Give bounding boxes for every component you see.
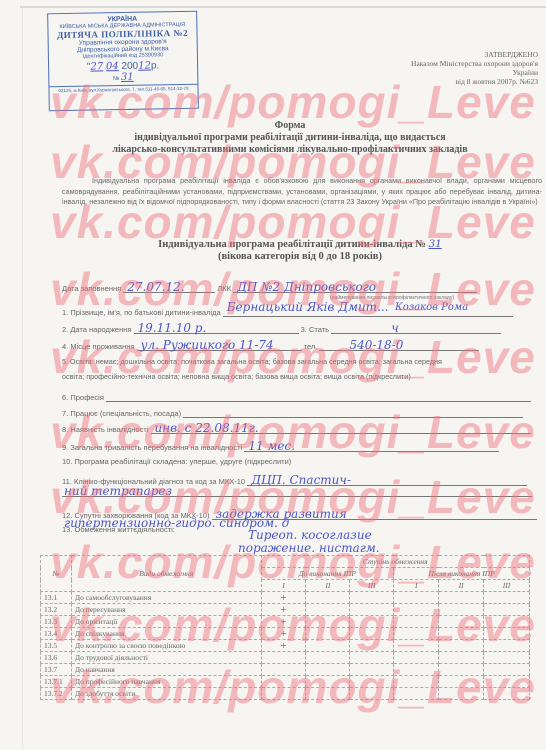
- row-cell[interactable]: [350, 664, 394, 676]
- header-level: I: [394, 580, 439, 592]
- row-cell[interactable]: [484, 604, 530, 616]
- disability-row: 8. Наявність інвалідності инв. с 22.08.1…: [62, 422, 531, 436]
- diagnosis-field-2[interactable]: ний тетрапарез: [62, 484, 532, 497]
- row-cell[interactable]: [394, 664, 439, 676]
- intro-paragraph: Індивідуальна програма реабілітації інва…: [62, 176, 542, 208]
- row-cell[interactable]: [484, 640, 530, 652]
- profession-row: 6. Професія: [62, 390, 531, 404]
- program-made-row: 10. Програма реабілітації складена: упер…: [62, 457, 291, 471]
- diagnosis-value-2: ний тетрапарез: [64, 484, 172, 498]
- row-cell[interactable]: [350, 592, 394, 604]
- row-label: До здобуття освіти: [71, 688, 261, 700]
- birth-field[interactable]: 19.11.10 р.: [134, 322, 299, 334]
- row-cell[interactable]: [350, 604, 394, 616]
- row-cell[interactable]: [439, 640, 484, 652]
- clinic-stamp: УКРАЇНА КИЇВСЬКА МІСЬКА ДЕРЖАВНА АДМІНІС…: [47, 11, 199, 112]
- works-row: 7. Працює (спеціальність, посада): [62, 406, 523, 420]
- address-row: 4. Місце проживання ул. Ружицкого 11-74 …: [62, 339, 479, 353]
- row-mark-cell[interactable]: [261, 688, 306, 700]
- table-row: 13.5 До контролю за своєю поведінкою +: [41, 640, 530, 652]
- row-cell[interactable]: [394, 616, 439, 628]
- stamp-date-year: 12: [138, 61, 151, 72]
- restrictions-table: № Види обмеження Ступінь обмеження До ви…: [40, 555, 530, 700]
- duration-field[interactable]: 11 мес.: [244, 440, 499, 452]
- form-title: Форма індивідуальної програми реабілітац…: [40, 120, 540, 156]
- table-row: 13.1 До самообслуговування +: [41, 592, 530, 604]
- stamp-date-month: 04: [106, 61, 119, 72]
- name-field[interactable]: Бернацький Яків Дмит...: [223, 305, 513, 317]
- row-cell[interactable]: [350, 616, 394, 628]
- education-row: 5. Освіта: немає; дошкільна освіта; поча…: [62, 357, 442, 371]
- row-cell[interactable]: [439, 676, 484, 688]
- table-row: 13.7.2 До здобуття освіти: [41, 688, 530, 700]
- row-no: 13.5: [41, 640, 72, 652]
- program-title: Індивідуальна програма реабілітації дити…: [60, 238, 540, 263]
- name-label: 1. Прізвище, ім'я, по батькові дитини-ін…: [62, 308, 221, 317]
- row-no: 13.7.1: [41, 676, 72, 688]
- form-title-line: Форма: [40, 120, 540, 132]
- row-cell[interactable]: [394, 676, 439, 688]
- row-cell[interactable]: [439, 604, 484, 616]
- lkk-field[interactable]: ДП №2 Дніпровського: [233, 281, 477, 293]
- birth-value: 19.11.10 р.: [138, 321, 207, 335]
- row-no: 13.6: [41, 652, 72, 664]
- row-label: До орієнтації: [71, 616, 261, 628]
- form-title-line: лікарсько-консультативними комісіями лік…: [40, 144, 540, 156]
- lkk-label: ЛКК: [217, 284, 231, 293]
- row-mark-cell[interactable]: [261, 652, 306, 664]
- row-cell[interactable]: [306, 688, 350, 700]
- sex-value: ч: [391, 321, 398, 335]
- row-cell[interactable]: [306, 592, 350, 604]
- row-cell[interactable]: [350, 676, 394, 688]
- row-no: 13.4: [41, 628, 72, 640]
- table-row: 13.7.1 До професійного навчання: [41, 676, 530, 688]
- program-subtitle: (вікова категорія від 0 до 18 років): [60, 251, 540, 263]
- row-cell[interactable]: [484, 592, 530, 604]
- row-cell[interactable]: [484, 652, 530, 664]
- header-level: II: [306, 580, 350, 592]
- header-before: До виконання ІПР: [261, 568, 394, 580]
- table-row: 13.7 До навчання: [41, 664, 530, 676]
- name-value-extra: Козаков Рома: [395, 302, 468, 313]
- row-cell[interactable]: [394, 652, 439, 664]
- form-title-line: індивідуальної програми реабілітації дит…: [40, 132, 540, 144]
- education-row-2: освіта; професійно-технічна освіта; непо…: [62, 372, 411, 386]
- restrictions-note-2: Тиреоп. косоглазие: [248, 528, 372, 542]
- row-cell[interactable]: [484, 676, 530, 688]
- disability-field[interactable]: инв. с 22.08.11г.: [151, 422, 531, 434]
- stamp-date-day: 27: [90, 61, 103, 72]
- row-cell[interactable]: [484, 688, 530, 700]
- row-cell[interactable]: [306, 664, 350, 676]
- address-field[interactable]: ул. Ружицкого 11-74: [137, 339, 302, 351]
- row-cell[interactable]: [439, 592, 484, 604]
- row-mark-cell[interactable]: +: [261, 604, 306, 616]
- table-row: 13.3 До орієнтації +: [41, 616, 530, 628]
- row-cell[interactable]: [394, 604, 439, 616]
- row-mark-cell[interactable]: [261, 664, 306, 676]
- stamp-ident: Ідентифікаційний код 25390930: [49, 52, 197, 61]
- row-cell[interactable]: [439, 688, 484, 700]
- table-row: 13.4 До спілкування +: [41, 628, 530, 640]
- row-cell[interactable]: [306, 616, 350, 628]
- tel-value: 540-18-0: [349, 338, 403, 352]
- name-value: Бернацький Яків Дмит...: [227, 300, 389, 314]
- row-label: До самообслуговування: [71, 592, 261, 604]
- table-row: 13.6 До трудової діяльності: [41, 652, 530, 664]
- header-level: III: [484, 580, 530, 592]
- duration-value: 11 мес.: [248, 439, 295, 453]
- sex-field[interactable]: ч: [331, 322, 501, 334]
- duration-label: 9. Загальна тривалість перебування на ін…: [62, 443, 242, 452]
- approval-block: ЗАТВЕРДЖЕНО Наказом Міністерства охорони…: [411, 50, 538, 86]
- row-cell[interactable]: [394, 628, 439, 640]
- row-cell[interactable]: [350, 688, 394, 700]
- program-title-text: Індивідуальна програма реабілітації дити…: [158, 239, 426, 250]
- fill-date-value: 27.07.12.: [127, 280, 184, 294]
- header-type: Види обмеження: [71, 556, 261, 592]
- row-mark-cell[interactable]: +: [261, 616, 306, 628]
- row-cell[interactable]: [484, 628, 530, 640]
- row-cell[interactable]: [484, 664, 530, 676]
- row-cell[interactable]: [439, 652, 484, 664]
- row-cell[interactable]: [306, 628, 350, 640]
- tel-field[interactable]: 540-18-0: [319, 339, 479, 351]
- row-cell[interactable]: [484, 616, 530, 628]
- fill-date-field[interactable]: 27.07.12.: [123, 281, 215, 293]
- works-label: 7. Працює (спеціальність, посада): [62, 409, 181, 418]
- row-cell[interactable]: [306, 640, 350, 652]
- header-after: Після виконання ІПР: [394, 568, 530, 580]
- page-edge: [20, 6, 546, 8]
- row-cell[interactable]: [439, 628, 484, 640]
- row-no: 13.3: [41, 616, 72, 628]
- address-value: ул. Ружицкого 11-74: [141, 338, 274, 352]
- row-cell[interactable]: [439, 616, 484, 628]
- restrictions-note-3: поражение. нистагм.: [238, 541, 380, 555]
- program-number: 31: [428, 238, 441, 250]
- stamp-date-year-prefix: 200: [121, 61, 138, 72]
- stamp-date-suffix: р.: [151, 60, 160, 71]
- fill-date-label: Дата заповнення: [62, 284, 121, 293]
- row-no: 13.1: [41, 592, 72, 604]
- row-cell[interactable]: [306, 652, 350, 664]
- tel-label: тел.: [304, 342, 318, 351]
- row-mark-cell[interactable]: +: [261, 592, 306, 604]
- row-no: 13.7.2: [41, 688, 72, 700]
- row-cell[interactable]: [350, 640, 394, 652]
- approval-line: України: [411, 68, 538, 77]
- row-cell[interactable]: [394, 592, 439, 604]
- row-mark-cell[interactable]: [261, 676, 306, 688]
- header-degree: Ступінь обмеження: [261, 556, 529, 568]
- table-header-row: № Види обмеження Ступінь обмеження: [41, 556, 530, 568]
- row-label: До професійного навчання: [71, 676, 261, 688]
- birth-row: 2. Дата народження 19.11.10 р. 3. Стать …: [62, 322, 501, 336]
- row-mark-cell[interactable]: +: [261, 640, 306, 652]
- fill-date-row: Дата заповнення 27.07.12. ЛКК ДП №2 Дніп…: [62, 281, 477, 295]
- row-mark-cell[interactable]: +: [261, 628, 306, 640]
- table-row: 13.2 До пересування +: [41, 604, 530, 616]
- disability-value: инв. с 22.08.11г.: [155, 421, 259, 435]
- profession-field[interactable]: [106, 390, 531, 402]
- approval-line: від 8 жовтня 2007р. №623: [411, 77, 538, 86]
- row-cell[interactable]: [306, 676, 350, 688]
- duration-row: 9. Загальна тривалість перебування на ін…: [62, 440, 499, 454]
- lkk-value: ДП №2 Дніпровського: [237, 280, 376, 294]
- row-cell[interactable]: [306, 604, 350, 616]
- document-page: УКРАЇНА КИЇВСЬКА МІСЬКА ДЕРЖАВНА АДМІНІС…: [0, 0, 546, 750]
- stamp-address: 02125, м.Київ, вул.Курнатовського, 7, те…: [49, 84, 197, 94]
- profession-label: 6. Професія: [62, 393, 104, 402]
- row-cell[interactable]: [350, 628, 394, 640]
- stamp-number-label: №: [113, 76, 120, 82]
- row-label: До спілкування: [71, 628, 261, 640]
- header-no: №: [41, 556, 72, 592]
- row-label: До контролю за своєю поведінкою: [71, 640, 261, 652]
- header-level: I: [261, 580, 306, 592]
- stamp-number-value: 31: [121, 72, 134, 83]
- approval-line: ЗАТВЕРДЖЕНО: [411, 50, 538, 59]
- row-cell[interactable]: [394, 688, 439, 700]
- row-label: До трудової діяльності: [71, 652, 261, 664]
- address-label: 4. Місце проживання: [62, 342, 134, 351]
- header-level: III: [350, 580, 394, 592]
- header-level: II: [439, 580, 484, 592]
- row-label: До навчання: [71, 664, 261, 676]
- row-label: До пересування: [71, 604, 261, 616]
- works-field[interactable]: [183, 406, 523, 418]
- disability-label: 8. Наявність інвалідності: [62, 425, 148, 434]
- row-cell[interactable]: [439, 664, 484, 676]
- page-edge: [22, 6, 23, 750]
- stamp-number: № 31: [49, 71, 197, 85]
- birth-label: 2. Дата народження: [62, 325, 131, 334]
- row-cell[interactable]: [394, 640, 439, 652]
- row-cell[interactable]: [350, 652, 394, 664]
- row-no: 13.7: [41, 664, 72, 676]
- approval-line: Наказом Міністерства охорони здоров'я: [411, 59, 538, 68]
- row-no: 13.2: [41, 604, 72, 616]
- sex-label: 3. Стать: [301, 325, 329, 334]
